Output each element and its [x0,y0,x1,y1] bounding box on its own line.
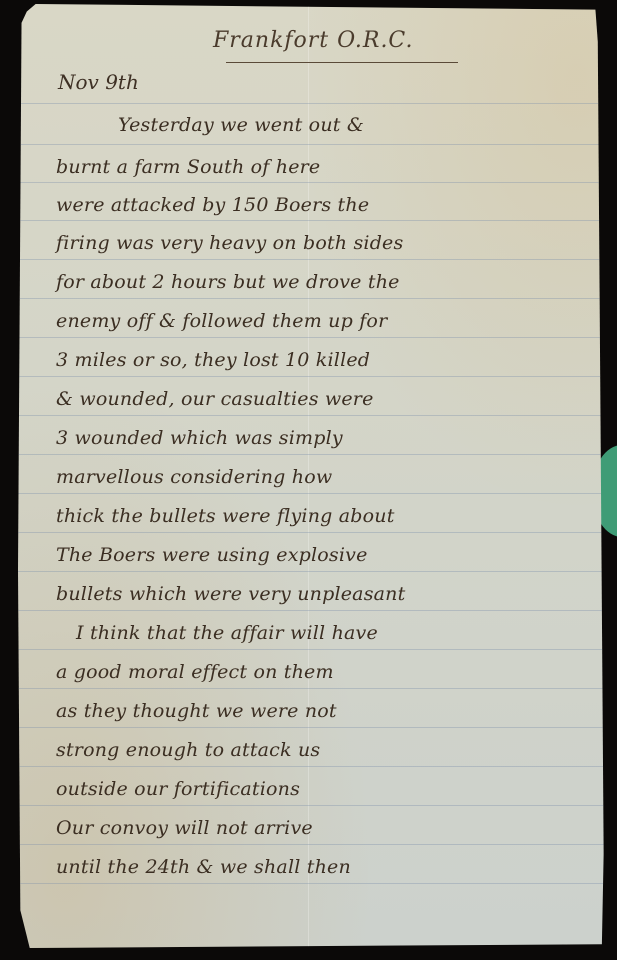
rule-line [18,688,606,689]
rule-line [18,610,606,611]
text-line: Our convoy will not arrive [56,817,601,839]
rule-line [18,337,606,338]
text-line: I think that the affair will have [76,622,606,644]
text-line: burnt a farm South of here [56,156,601,178]
rule-line [18,493,606,494]
text-line: enemy off & followed them up for [56,310,601,332]
rule-line [18,298,606,299]
text-line: firing was very heavy on both sides [56,232,601,254]
rule-line [18,532,606,533]
rule-line [18,649,606,650]
text-line: & wounded, our casualties were [56,388,601,410]
text-line: strong enough to attack us [56,739,601,761]
text-line: 3 wounded which was simply [56,427,601,449]
text-line: until the 24th & we shall then [56,856,601,878]
text-line: outside our fortifications [56,778,601,800]
text-line: Yesterday we went out & [118,114,606,136]
rule-line [18,727,606,728]
text-line: a good moral effect on them [56,661,601,683]
letter-date: Nov 9th [58,70,139,94]
rule-line [18,766,606,767]
letter-page: Frankfort O.R.C. Nov 9th Yesterday we we… [18,4,606,948]
text-line: bullets which were very unpleasant [56,583,601,605]
rule-line [18,415,606,416]
rule-line [18,144,606,145]
rule-line [18,182,606,183]
text-line: as they thought we were not [56,700,601,722]
text-line: thick the bullets were flying about [56,505,601,527]
rule-line [18,454,606,455]
text-line: The Boers were using explosive [56,544,601,566]
letter-heading: Frankfort O.R.C. [213,28,413,53]
rule-line [18,220,606,221]
rule-line [18,259,606,260]
rule-line [18,571,606,572]
heading-underline [226,62,458,63]
rule-line [18,883,606,884]
text-line: were attacked by 150 Boers the [56,194,601,216]
text-line: 3 miles or so, they lost 10 killed [56,349,601,371]
rule-line [18,805,606,806]
rule-line [18,103,606,104]
text-line: marvellous considering how [56,466,601,488]
rule-line [18,844,606,845]
text-line: for about 2 hours but we drove the [56,271,601,293]
rule-line [18,376,606,377]
